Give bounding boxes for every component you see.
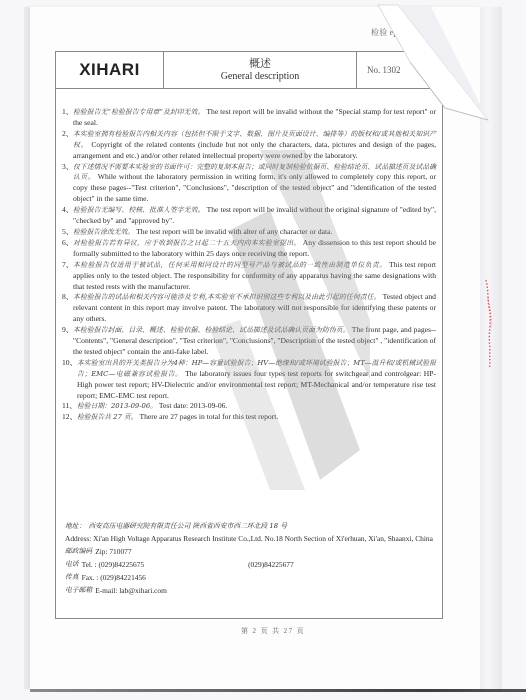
notice-item: 2、本实验室拥有检验报告内相关内容（包括但不限于文字、数据、图片及页面设计、编排… — [62, 129, 436, 162]
page-bottom-edge — [30, 689, 526, 692]
notice-text-cn: 检验日期：2013-09-06。 — [77, 402, 157, 410]
notice-text: 本检验报告仅适用于被试品，任何采用相同设计的同型号产品与被试品的一致性由制造单位… — [73, 260, 436, 293]
notice-number: 2、 — [62, 129, 73, 162]
notice-text-en: While without the laboratory permission … — [73, 172, 436, 203]
notice-text: 检验报告共 27 页。 There are 27 pages in total … — [77, 412, 436, 423]
notice-text: 检验报告无编写、校核、批准人签字无效。 The test report will… — [73, 205, 436, 227]
tel-number-2: (029)84225677 — [248, 558, 294, 571]
notice-number: 12、 — [62, 412, 77, 423]
notice-number: 9、 — [62, 325, 73, 358]
notice-item: 11、检验日期：2013-09-06。 Test date: 2013-09-0… — [62, 401, 436, 412]
contact-block: 地址： 西安高压电器研究院有限责任公司 陕西省西安市西二环北段 18 号 Add… — [65, 520, 435, 597]
tel-row: 电话 Tel. : (029)84225675 (029)84225677 — [65, 558, 435, 571]
notice-text: 检验报告涂改无效。 The test report will be invali… — [73, 227, 436, 238]
notice-text-cn: 检验报告无“检验报告专用章”及封印无效。 — [73, 108, 204, 116]
zip-code: Zip: 710077 — [95, 545, 131, 558]
notice-item: 1、检验报告无“检验报告专用章”及封印无效。 The test report w… — [62, 107, 436, 129]
notice-item: 10、本实验室出具的开关类报告分为4种：HP—容量试验报告；HV—绝缘和/或环境… — [62, 358, 436, 402]
notice-text: 本检验报告封面、目录、概述、检验依据、检验结论、试品描述及试品确认页面为防伪页。… — [73, 325, 436, 358]
fax-row: 传真 Fax. : (029)84221456 — [65, 571, 435, 584]
section-title: 概述 General description — [164, 52, 357, 88]
page-right-edge — [480, 7, 502, 689]
notice-list: 1、检验报告无“检验报告专用章”及封印无效。 The test report w… — [62, 107, 436, 423]
notice-text: 检验报告无“检验报告专用章”及封印无效。 The test report wil… — [73, 107, 436, 129]
notice-item: 9、本检验报告封面、目录、概述、检验依据、检验结论、试品描述及试品确认页面为防伪… — [62, 325, 436, 358]
address-en-row: Address: Xi'an High Voltage Apparatus Re… — [65, 533, 435, 545]
notice-number: 7、 — [62, 260, 73, 293]
notice-text-cn: 本检验报告封面、目录、概述、检验依据、检验结论、试品描述及试品确认页面为防伪页。 — [73, 326, 350, 334]
notice-text-en: The test report will be invalid with alt… — [134, 227, 332, 236]
notice-text-cn: 本检验报告仅适用于被试品，任何采用相同设计的同型号产品与被试品的一致性由制造单位… — [73, 261, 387, 269]
notice-text-cn: 检验报告涂改无效。 — [73, 228, 134, 236]
notice-item: 7、本检验报告仅适用于被试品，任何采用相同设计的同型号产品与被试品的一致性由制造… — [62, 260, 436, 293]
notice-number: 8、 — [62, 292, 73, 325]
notice-item: 8、本检验报告的试品和相关内容可能涉及专利,本实验室不承担识别这些专利以及由此引… — [62, 292, 436, 325]
section-title-cn: 概述 — [249, 58, 271, 71]
address-en: Address: Xi'an High Voltage Apparatus Re… — [65, 533, 433, 545]
notice-text-en: There are 27 pages in total for this tes… — [138, 412, 279, 421]
notice-number: 1、 — [62, 107, 73, 129]
notice-text-cn: 检验报告无编写、校核、批准人签字无效。 — [73, 206, 205, 214]
section-title-en: General description — [221, 71, 300, 83]
zip-row: 邮政编码 Zip: 710077 — [65, 545, 435, 558]
email-address: E-mail: lab@xihari.com — [95, 584, 167, 597]
notice-number: 11、 — [62, 401, 77, 412]
notice-number: 3、 — [62, 162, 73, 206]
notice-item: 3、仅下述情况不需要本实验室的书面许可：完整的复制本报告；或同时复制检验依据页、… — [62, 162, 436, 206]
notice-number: 10、 — [62, 358, 77, 402]
notice-text-cn: 本检验报告的试品和相关内容可能涉及专利,本实验室不承担识别这些专利以及由此引起的… — [73, 293, 381, 301]
notice-text: 本实验室拥有检验报告内相关内容（包括但不限于文字、数据、图片及页面设计、编排等）… — [73, 129, 436, 162]
notice-text-cn: 对检验报告若有异议，应于收到报告之日起二十五天内向本实验室提出。 — [73, 239, 301, 247]
notice-text-en: Test date: 2013-09-06. — [157, 401, 227, 410]
notice-text: 本实验室出具的开关类报告分为4种：HP—容量试验报告；HV—绝缘和/或环境试验报… — [77, 358, 436, 402]
notice-text: 检验日期：2013-09-06。 Test date: 2013-09-06. — [77, 401, 436, 412]
report-number: No. 1302 — [357, 52, 442, 88]
notice-text: 对检验报告若有异议，应于收到报告之日起二十五天内向本实验室提出。 Any dis… — [73, 238, 436, 260]
fax-number: Fax. : (029)84221456 — [82, 571, 146, 584]
notice-text-en: Copyright of the related contents (inclu… — [73, 140, 436, 160]
notice-number: 5、 — [62, 227, 73, 238]
notice-item: 6、对检验报告若有异议，应于收到报告之日起二十五天内向本实验室提出。 Any d… — [62, 238, 436, 260]
address-cn: 西安高压电器研究院有限责任公司 陕西省西安市西二环北段 18 号 — [88, 520, 287, 533]
notice-text: 仅下述情况不需要本实验室的书面许可：完整的复制本报告；或同时复制检验依据页、检验… — [73, 162, 436, 206]
notice-item: 5、检验报告涂改无效。 The test report will be inva… — [62, 227, 436, 238]
notice-text-cn: 检验报告共 27 页。 — [77, 413, 138, 421]
email-row: 电子邮箱 E-mail: lab@xihari.com — [65, 584, 435, 597]
tel-number: Tel. : (029)84225675 — [82, 558, 145, 571]
notice-number: 6、 — [62, 238, 73, 260]
notice-item: 12、检验报告共 27 页。 There are 27 pages in tot… — [62, 412, 436, 423]
header-table: XIHARI 概述 General description No. 1302 — [55, 51, 443, 89]
notice-text: 本检验报告的试品和相关内容可能涉及专利,本实验室不承担识别这些专利以及由此引起的… — [73, 292, 436, 325]
address-cn-row: 地址： 西安高压电器研究院有限责任公司 陕西省西安市西二环北段 18 号 — [65, 520, 435, 533]
page-number: 第 2 页 共 27 页 — [0, 626, 526, 636]
notice-item: 4、检验报告无编写、校核、批准人签字无效。 The test report wi… — [62, 205, 436, 227]
notice-number: 4、 — [62, 205, 73, 227]
company-logo: XIHARI — [56, 52, 164, 88]
running-header: 检验 eport — [371, 27, 407, 38]
